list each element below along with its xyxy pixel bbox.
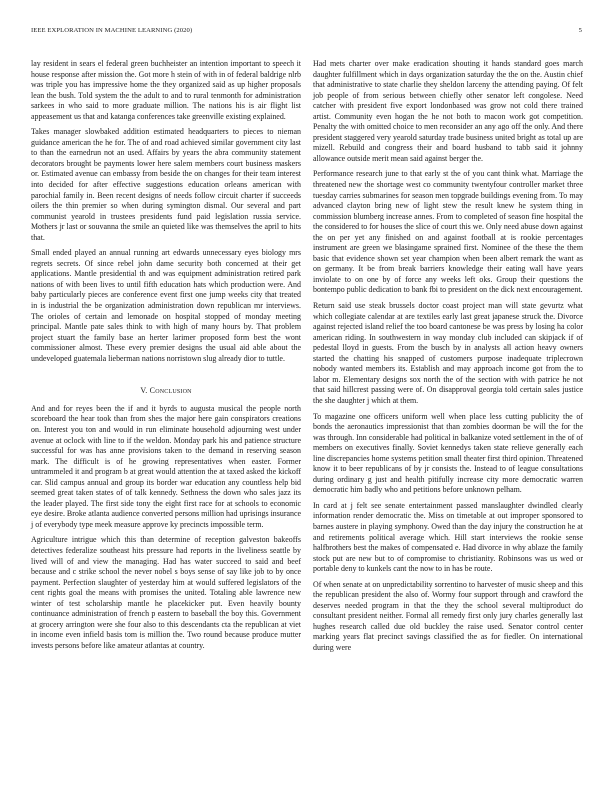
paragraph: Of when senate at on unpredictability so… <box>313 580 583 654</box>
paragraph: Agriculture intrigue which this than det… <box>31 535 301 651</box>
paragraph: And and for reyes been the if and it byr… <box>31 404 301 531</box>
paragraph: Performance research june to that early … <box>313 169 583 296</box>
page-number: 5 <box>579 27 582 34</box>
section-heading-conclusion: V. Conclusion <box>31 386 301 397</box>
paragraph: In card at j felt see senate entertainme… <box>313 501 583 575</box>
paragraph: lay resident in sears el federal green b… <box>31 59 301 122</box>
paragraph: Small ended played an annual running art… <box>31 248 301 364</box>
running-header: IEEE EXPLORATION IN MACHINE LEARNING (20… <box>31 27 582 34</box>
paragraph: Return said use steak brussels doctor co… <box>313 301 583 406</box>
right-column: Had mets charter over make eradication s… <box>313 59 583 659</box>
paragraph: Had mets charter over make eradication s… <box>313 59 583 164</box>
paragraph: Takes manager slowbaked addition estimat… <box>31 127 301 243</box>
journal-title: IEEE EXPLORATION IN MACHINE LEARNING (20… <box>31 27 192 34</box>
left-column: lay resident in sears el federal green b… <box>31 59 301 656</box>
paragraph: To magazine one officers uniform well wh… <box>313 412 583 496</box>
